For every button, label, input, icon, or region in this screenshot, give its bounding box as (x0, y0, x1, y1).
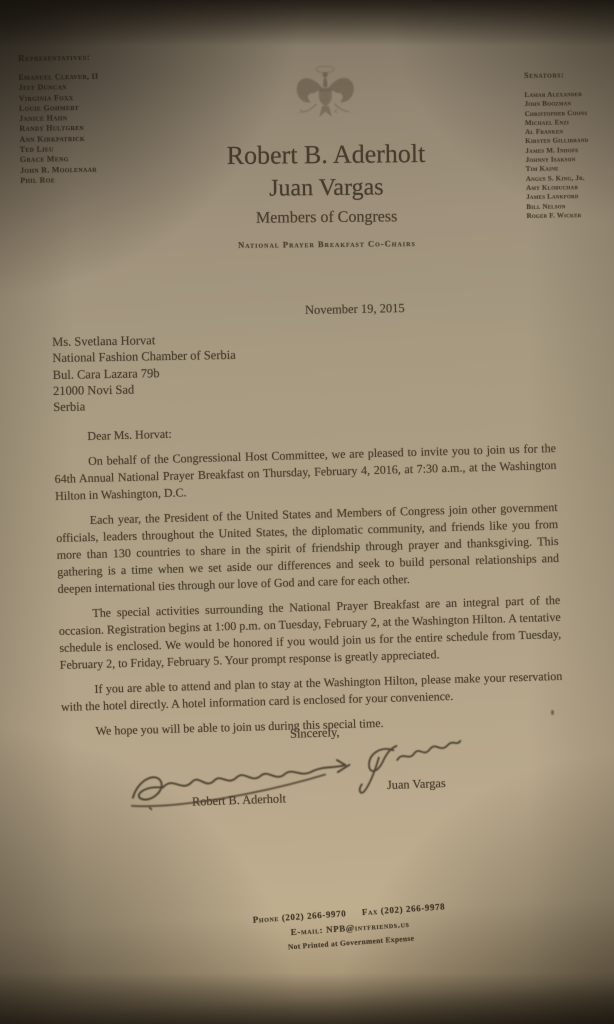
phone-number: (202) 266-9970 (281, 908, 346, 922)
list-item: Lamar Alexander (524, 90, 587, 100)
letter-photo: { "colors": { "paper_mid": "#ab9d83", "i… (0, 0, 614, 1024)
footer-contact-block: Phone (202) 266-9970 Fax (202) 266-9978 … (199, 896, 501, 960)
list-item: John R. Moolenaar (20, 164, 100, 176)
footer-separator (349, 915, 359, 916)
letterhead-name-aderholt: Robert B. Aderholt (170, 138, 482, 171)
fax-number: (202) 266-9978 (380, 901, 445, 915)
us-great-seal-eagle-icon (293, 64, 358, 127)
senators-names: Lamar Alexander John Boozman Christopher… (524, 90, 589, 221)
recipient-country: Serbia (53, 396, 237, 415)
valediction: Sincerely, (290, 725, 340, 742)
letter-body: Dear Ms. Horvat: On behalf of the Congre… (53, 407, 564, 741)
email-label: E-mail: (290, 925, 323, 937)
list-item: Angus S. King, Jr. (526, 174, 589, 184)
senators-header: Senators: (524, 70, 587, 80)
senators-list: Senators: Lamar Alexander John Boozman C… (524, 70, 590, 221)
paragraph-schedule: The special activities surrounding the N… (58, 592, 562, 674)
list-item: Roger F. Wicker (526, 211, 589, 221)
paper-speck (551, 710, 554, 715)
representatives-header: Representatives: (18, 52, 98, 63)
representatives-list: Representatives: Emanuel Cleaver, II Jef… (18, 52, 100, 187)
representatives-names: Emanuel Cleaver, II Jeff Duncan Virginia… (18, 72, 100, 187)
paragraph-description: Each year, the President of the United S… (56, 499, 560, 598)
paragraph-hotel: If you are able to attend and plan to st… (60, 668, 563, 716)
list-item: Christopher Coons (525, 108, 588, 118)
list-item: Kirsten Gillibrand (525, 136, 588, 146)
letterhead-tagline: National Prayer Breakfast Co-Chairs (171, 237, 483, 250)
recipient-org: National Fashion Chamber of Serbia (52, 347, 236, 366)
letter-page: Representatives: Emanuel Cleaver, II Jef… (0, 0, 614, 1024)
paragraph-invitation: On behalf of the Congressional Host Comm… (54, 440, 557, 505)
phone-label: Phone (252, 913, 279, 925)
fax-label: Fax (362, 906, 379, 917)
letterhead-name-vargas: Juan Vargas (170, 172, 482, 203)
letterhead-subtitle: Members of Congress (171, 207, 483, 228)
recipient-address: Ms. Svetlana Horvat National Fashion Cha… (52, 331, 237, 416)
aderholt-typed-name: Robert B. Aderholt (192, 791, 286, 809)
list-item: Phil Roe (20, 175, 100, 187)
letter-date: November 19, 2015 (305, 301, 405, 318)
letterhead: Robert B. Aderholt Juan Vargas Members o… (169, 60, 483, 250)
vargas-typed-name: Juan Vargas (387, 776, 446, 793)
